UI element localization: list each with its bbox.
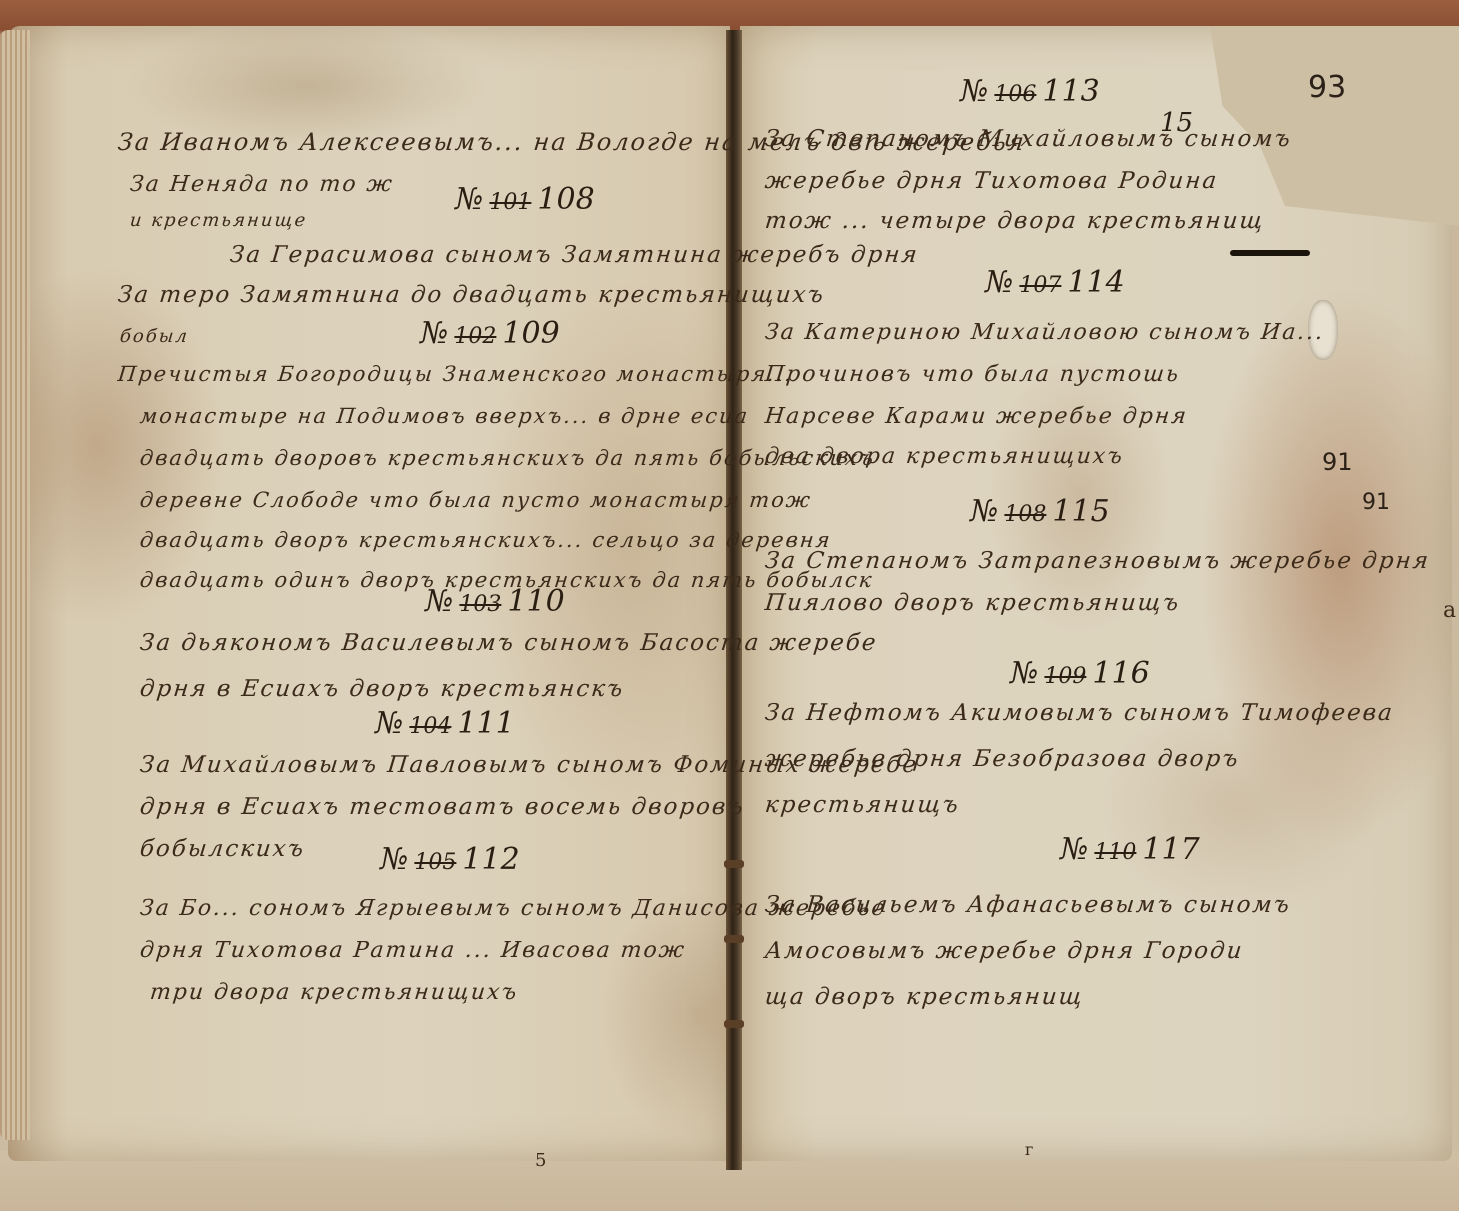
text-line: За Катериною Михайловою сыномъ Иа...	[764, 320, 1326, 345]
text-line: дрня в Есиахъ тестоватъ восемь дворовъ	[139, 794, 746, 820]
folio-number-margin: 91	[1322, 448, 1353, 476]
struck-number: 104	[409, 714, 451, 739]
text-line: крестьянищъ	[764, 792, 962, 818]
entry-number: №104111	[375, 706, 515, 741]
binding-stitch	[724, 1020, 744, 1028]
entry-number: №102109	[420, 316, 560, 351]
text-line: За Степаномъ Михайловымъ сыномъ	[764, 126, 1294, 152]
struck-number: 106	[994, 82, 1036, 107]
book-spine	[726, 30, 742, 1170]
text-line: тож ... четыре двора крестьянищ	[764, 208, 1266, 234]
text-line: жеребье дрня Тихотова Родина	[764, 168, 1220, 194]
entry-number: №101108	[455, 182, 595, 217]
struck-number: 110	[1094, 840, 1136, 865]
text-line: За Степаномъ Затрапезновымъ жеребье дрня	[764, 548, 1432, 574]
text-line: жеребье дрня Безобразова дворъ	[764, 746, 1241, 772]
text-line: Пиялово дворъ крестьянищъ	[764, 590, 1182, 616]
text-line: деревне Слободе что была пусто монастыря…	[139, 488, 813, 512]
entry-number: №106113	[960, 74, 1100, 109]
text-line: двадцать дворъ крестьянскихъ... сельцо з…	[139, 528, 833, 552]
text-line: За теро Замятнина до двадцать крестьянищ…	[117, 282, 827, 308]
text-line: бобыл	[119, 326, 190, 347]
folio-number-margin: 91	[1362, 490, 1390, 515]
text-line: монастыре на Подимовъ вверхъ... в дрне е…	[139, 404, 751, 428]
struck-number: 109	[1044, 664, 1086, 689]
struck-number: 107	[1019, 273, 1061, 298]
text-line: За Васильемъ Афанасьевымъ сыномъ	[764, 892, 1293, 918]
bottom-mark: 5	[535, 1150, 546, 1171]
entry-number: №109116	[1010, 656, 1150, 691]
bottom-mark: г	[1025, 1140, 1033, 1159]
text-line: дрня Тихотова Ратина ... Ивасова тож	[139, 938, 687, 963]
entry-number: №107114	[985, 265, 1125, 300]
text-line: два двора крестьянищихъ	[764, 444, 1126, 469]
text-line: три двора крестьянищихъ	[149, 980, 520, 1005]
ink-mark	[1230, 250, 1310, 256]
binding-stitch	[724, 935, 744, 943]
entry-number: №108115	[970, 494, 1110, 529]
folio-number: 93	[1308, 70, 1346, 105]
manuscript-photo: 93 91 91 a 5 г За Иваномъ Алексеевымъ...…	[0, 0, 1459, 1211]
text-line: Прочиновъ что была пустошь	[764, 362, 1182, 387]
text-line: За дьякономъ Василевымъ сыномъ Басоста ж…	[139, 630, 879, 656]
text-line: дрня в Есиахъ дворъ крестьянскъ	[139, 676, 626, 702]
text-line: бобылскихъ	[139, 836, 307, 862]
text-line: За Герасимова сыномъ Замятнина жеребъ др…	[229, 242, 920, 268]
edge-letter: a	[1443, 598, 1456, 623]
struck-number: 101	[489, 190, 531, 215]
entry-number: №103110	[425, 584, 565, 619]
text-line: За Неняда по то ж	[129, 172, 395, 197]
struck-number: 103	[459, 592, 501, 617]
entry-number: №110117	[1060, 832, 1200, 867]
entry-number: №105112	[380, 842, 520, 877]
text-line: За Нефтомъ Акимовымъ сыномъ Тимофеева	[764, 700, 1396, 726]
binding-stitch	[724, 860, 744, 868]
text-line: Пречистыя Богородицы Знаменского монасты…	[117, 362, 795, 386]
struck-number: 102	[454, 324, 496, 349]
struck-number: 105	[414, 850, 456, 875]
text-line: ща дворъ крестьянищ	[764, 984, 1085, 1010]
struck-number: 108	[1004, 502, 1046, 527]
text-line: Нарсеве Карами жеребье дрня	[764, 404, 1190, 429]
page-edges	[0, 30, 30, 1140]
text-line: Амосовымъ жеребье дрня Городи	[764, 938, 1245, 964]
text-line: и крестьянище	[129, 210, 308, 231]
